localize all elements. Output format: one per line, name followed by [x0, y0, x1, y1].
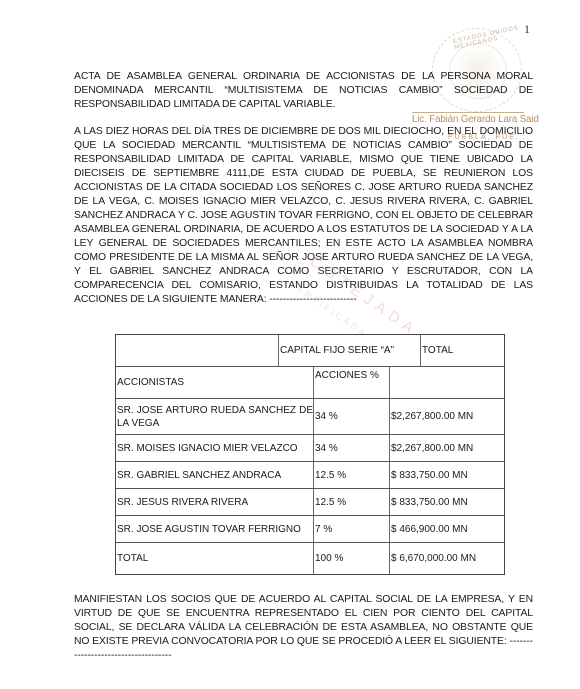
shareholder-percent: 34 % [314, 435, 390, 461]
subheader-shares: ACCIONES % [314, 367, 390, 398]
shareholder-percent: 34 % [314, 399, 390, 434]
notary-stamp-name: Lic. Fabián Gerardo Lara Said [412, 112, 524, 125]
table-row: SR. JOSE ARTURO RUEDA SANCHEZ DE LA VEGA… [116, 398, 504, 434]
shareholder-percent: 12.5 % [314, 489, 390, 515]
table-header-row: CAPITAL FIJO SERIE “A” TOTAL [116, 335, 504, 366]
table-row: SR. JESUS RIVERA RIVERA 12.5 % $ 833,750… [116, 488, 504, 515]
shareholder-percent: 12.5 % [314, 462, 390, 488]
header-blank-cell [116, 335, 279, 366]
document-heading: ACTA DE ASAMBLEA GENERAL ORDINARIA DE AC… [74, 70, 533, 112]
shareholder-name: SR. MOISES IGNACIO MIER VELAZCO [116, 435, 314, 461]
page-number: 1 [524, 22, 530, 37]
table-row: SR. JOSE AGUSTIN TOVAR FERRIGNO 7 % $ 46… [116, 515, 504, 542]
shareholder-amount: $2,267,800.00 MN [390, 399, 504, 434]
total-label: TOTAL [116, 543, 314, 574]
shareholder-name: SR. GABRIEL SANCHEZ ANDRACA [116, 462, 314, 488]
shareholders-table: CAPITAL FIJO SERIE “A” TOTAL ACCIONISTAS… [115, 334, 505, 575]
shareholder-amount: $2,267,800.00 MN [390, 435, 504, 461]
shareholder-percent: 7 % [314, 516, 390, 542]
subheader-shareholders: ACCIONISTAS [116, 367, 314, 398]
stamp-location: PUEBLA, PUE. [448, 134, 520, 141]
shareholder-name: SR. JESUS RIVERA RIVERA [116, 489, 314, 515]
shareholder-name: SR. JOSE AGUSTIN TOVAR FERRIGNO [116, 516, 314, 542]
table-total-row: TOTAL 100 % $ 6,670,000.00 MN [116, 542, 504, 574]
total-amount: $ 6,670,000.00 MN [390, 543, 504, 574]
header-capital: CAPITAL FIJO SERIE “A” [279, 335, 421, 366]
shareholder-name: SR. JOSE ARTURO RUEDA SANCHEZ DE LA VEGA [116, 399, 314, 434]
shareholder-amount: $ 833,750.00 MN [390, 462, 504, 488]
table-row: SR. GABRIEL SANCHEZ ANDRACA 12.5 % $ 833… [116, 461, 504, 488]
shareholder-amount: $ 466,900.00 MN [390, 516, 504, 542]
closing-paragraph: MANIFIESTAN LOS SOCIOS QUE DE ACUERDO AL… [74, 593, 533, 663]
table-subheader-row: ACCIONISTAS ACCIONES % [116, 366, 504, 398]
intro-paragraph: A LAS DIEZ HORAS DEL DÍA TRES DE DICIEMB… [74, 125, 533, 307]
header-total: TOTAL [421, 335, 504, 366]
subheader-blank-cell [390, 367, 504, 398]
shareholder-amount: $ 833,750.00 MN [390, 489, 504, 515]
total-percent: 100 % [314, 543, 390, 574]
table-row: SR. MOISES IGNACIO MIER VELAZCO 34 % $2,… [116, 434, 504, 461]
